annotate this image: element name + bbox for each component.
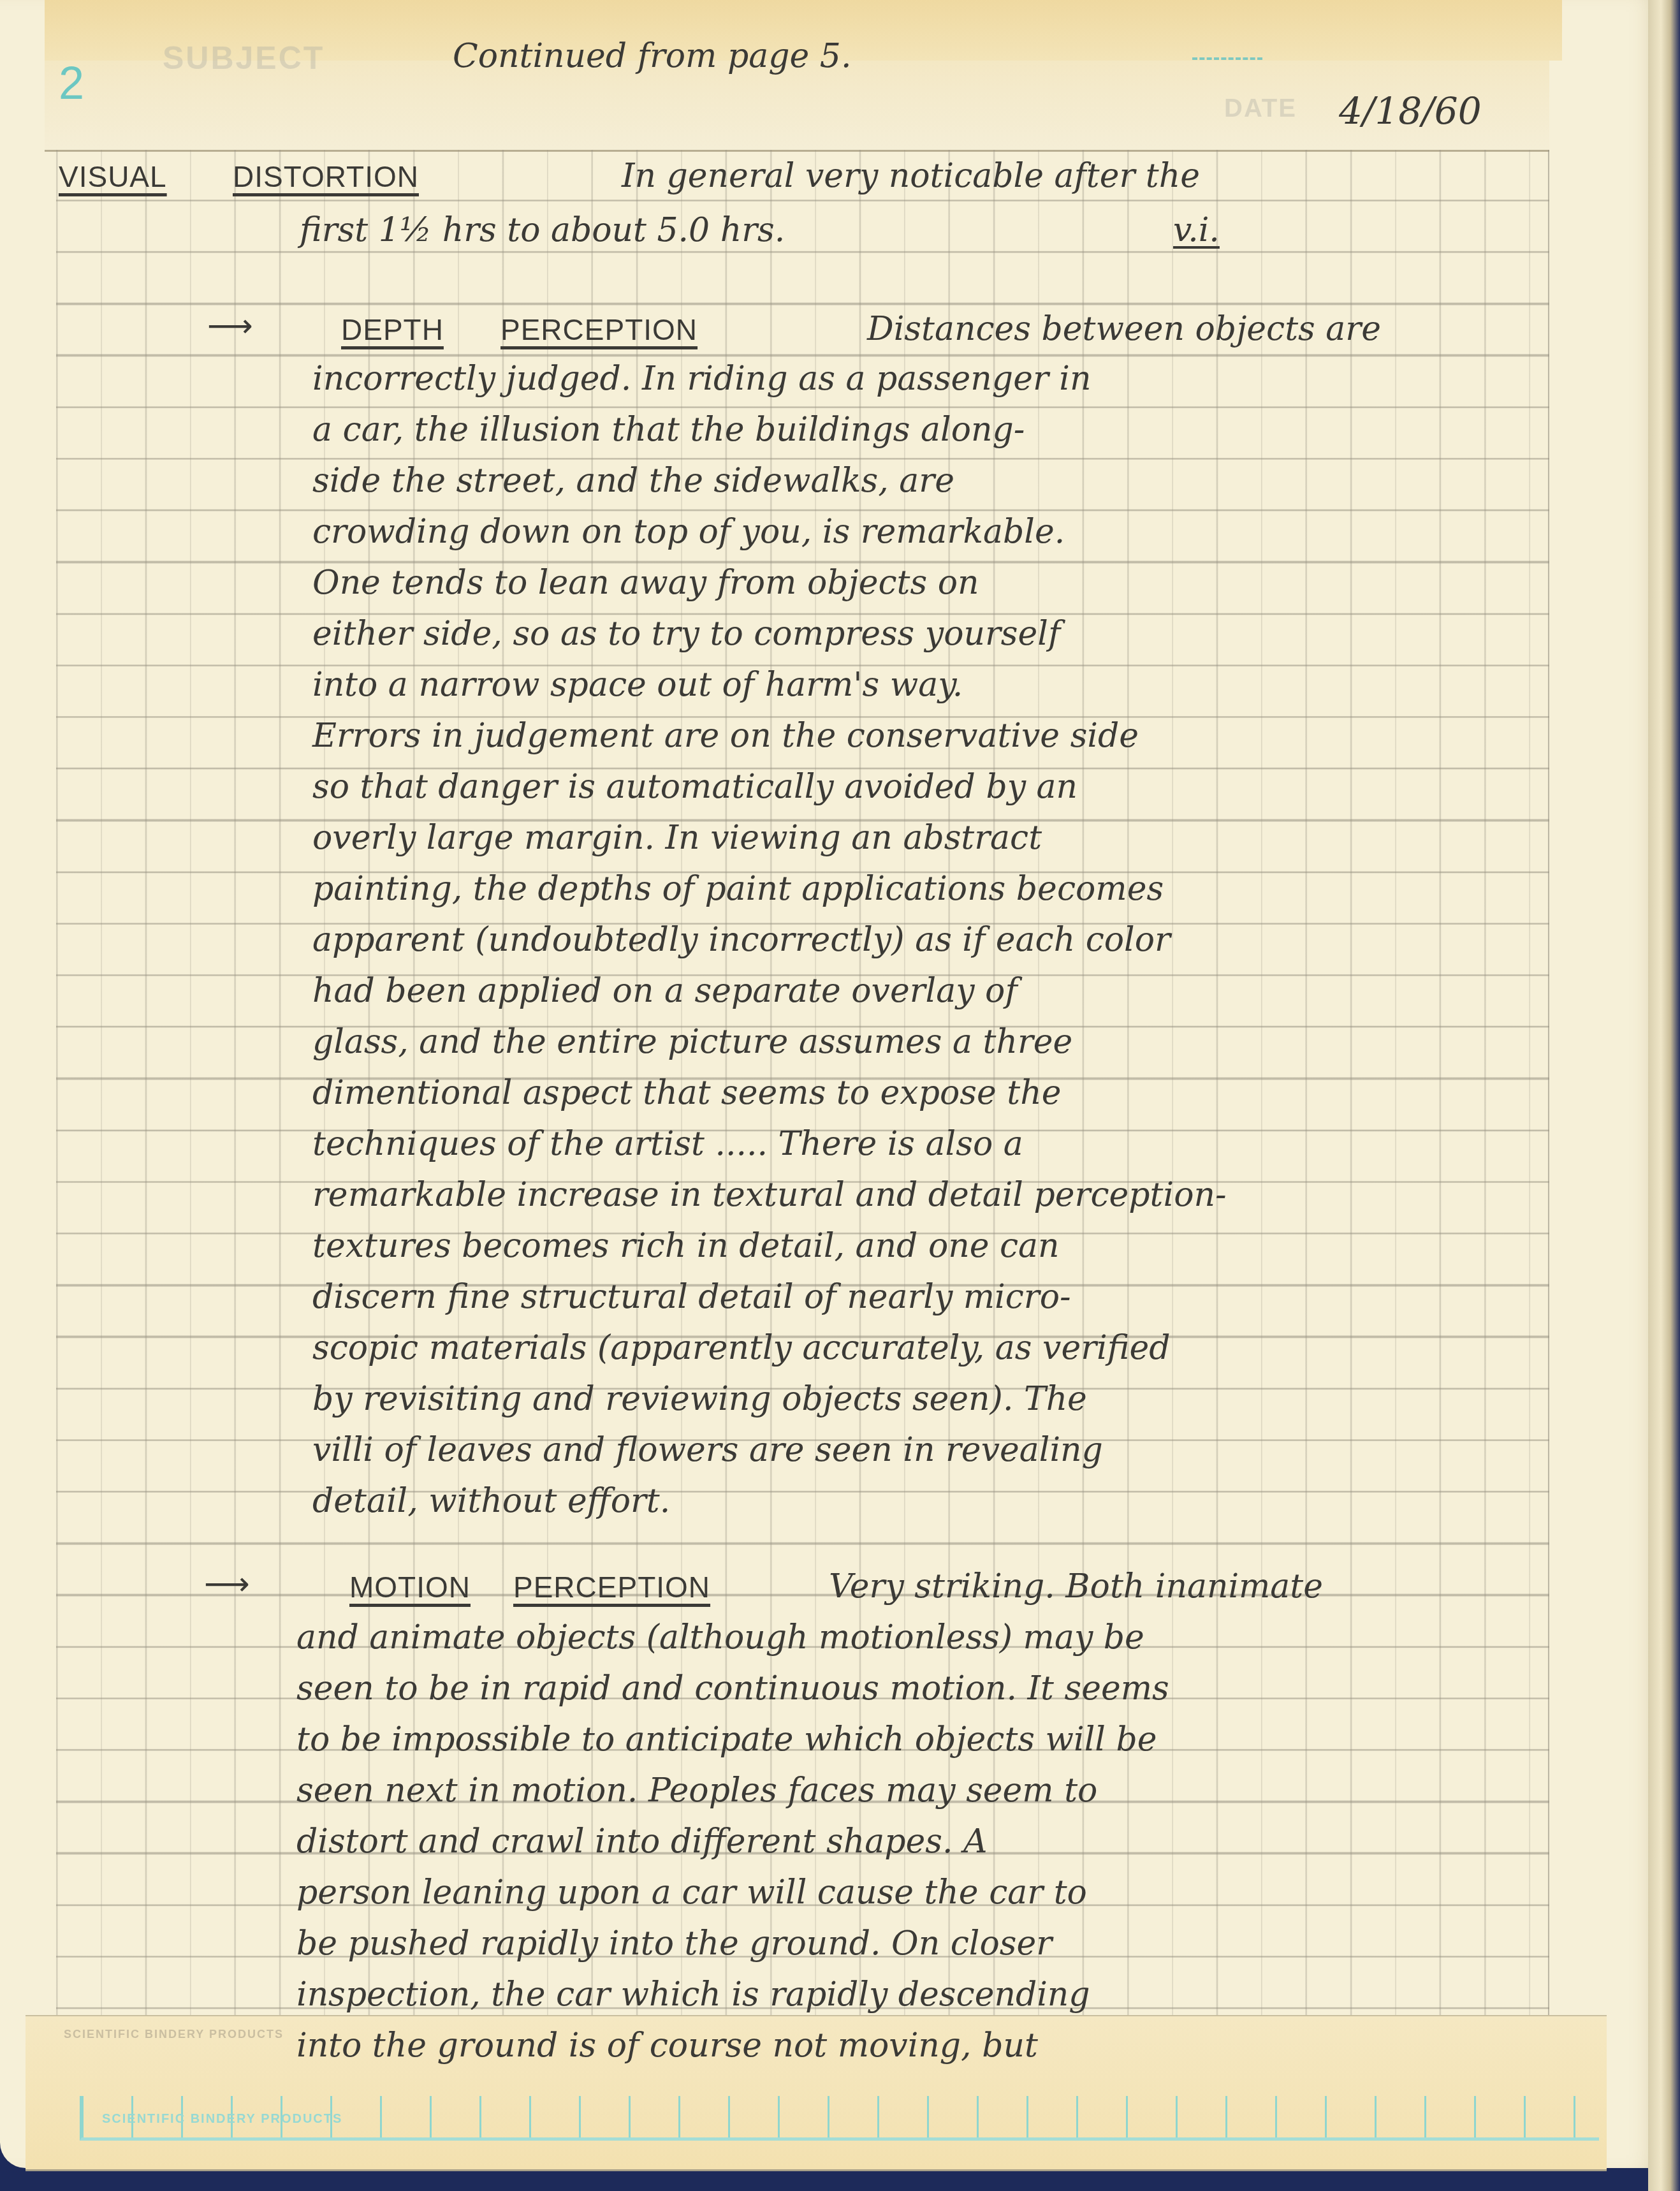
text-line: glass, and the entire picture assumes a …	[312, 1025, 1072, 1059]
header-rule	[1192, 57, 1262, 60]
date-value: 4/18/60	[1339, 92, 1482, 129]
text-line: Distances between objects are	[867, 312, 1381, 346]
footer-brand: SCIENTIFIC BINDERY PRODUCTS	[102, 2112, 342, 2127]
text-line: detail, without effort.	[312, 1484, 670, 1518]
text-line: seen to be in rapid and continuous motio…	[296, 1672, 1169, 1705]
text-line: to be impossible to anticipate which obj…	[296, 1723, 1157, 1756]
text-line: so that danger is automatically avoided …	[312, 770, 1077, 803]
text-line: dimentional aspect that seems to expose …	[312, 1076, 1061, 1110]
text-line: first 1½ hrs to about 5.0 hrs.	[300, 214, 785, 247]
text-line: villi of leaves and flowers are seen in …	[312, 1433, 1103, 1467]
text-line: and animate objects (although motionless…	[296, 1621, 1144, 1654]
text-line: into the ground is of course not moving,…	[296, 2029, 1038, 2062]
arrow-right-icon: ⟶	[204, 1565, 250, 1602]
section-heading-motion: MOTION	[349, 1570, 471, 1604]
text-line: seen next in motion. Peoples faces may s…	[296, 1774, 1097, 1807]
page-number: 2	[59, 57, 84, 110]
text-line: In general very noticable after the	[622, 159, 1200, 193]
text-line: distort and crawl into different shapes.…	[296, 1825, 988, 1858]
arrow-right-icon: ⟶	[207, 307, 253, 344]
footer-brand-imprint: SCIENTIFIC BINDERY PRODUCTS	[64, 2028, 284, 2041]
text-line: textures becomes rich in detail, and one…	[312, 1229, 1060, 1263]
text-line: apparent (undoubtedly incorrectly) as if…	[312, 923, 1171, 956]
section-heading-depth: DEPTH	[341, 312, 444, 347]
text-line: scopic materials (apparently accurately,…	[312, 1331, 1170, 1365]
text-line: techniques of the artist ..... There is …	[312, 1127, 1023, 1161]
section-heading-perception: PERCEPTION	[500, 312, 698, 347]
subject-label: SUBJECT	[163, 40, 325, 77]
text-line: had been applied on a separate overlay o…	[312, 974, 1018, 1008]
text-line: Errors in judgement are on the conservat…	[312, 719, 1139, 752]
text-line: painting, the depths of paint applicatio…	[312, 872, 1164, 905]
text-line: Very striking. Both inanimate	[829, 1570, 1323, 1603]
date-label: DATE	[1224, 94, 1297, 123]
text-line: crowding down on top of you, is remarkab…	[312, 515, 1065, 548]
text-line: be pushed rapidly into the ground. On cl…	[296, 1927, 1052, 1960]
subject-value: Continued from page 5.	[453, 40, 851, 73]
text-line: by revisiting and reviewing objects seen…	[312, 1382, 1087, 1416]
text-line: discern fine structural detail of nearly…	[312, 1280, 1071, 1314]
text-line: overly large margin. In viewing an abstr…	[312, 821, 1042, 854]
text-line: either side, so as to try to compress yo…	[312, 617, 1060, 650]
text-line: inspection, the car which is rapidly des…	[296, 1978, 1090, 2011]
notebook-page: 2 SUBJECT Continued from page 5. DATE 4/…	[0, 0, 1658, 2168]
text-line: remarkable increase in textural and deta…	[312, 1178, 1227, 1212]
text-line: One tends to lean away from objects on	[312, 566, 979, 599]
text-line: a car, the illusion that the buildings a…	[312, 413, 1025, 446]
text-line: incorrectly judged. In riding as a passe…	[312, 362, 1091, 395]
notebook-binding-edge	[1648, 0, 1680, 2191]
section-heading-perception: PERCEPTION	[513, 1570, 710, 1604]
section-heading-visual: VISUAL	[59, 159, 167, 194]
text-annotation: v.i.	[1173, 214, 1220, 247]
text-line: into a narrow space out of harm's way.	[312, 668, 963, 701]
text-line: person leaning upon a car will cause the…	[296, 1876, 1087, 1909]
section-heading-distortion: DISTORTION	[233, 159, 419, 194]
text-line: side the street, and the sidewalks, are	[312, 464, 954, 497]
